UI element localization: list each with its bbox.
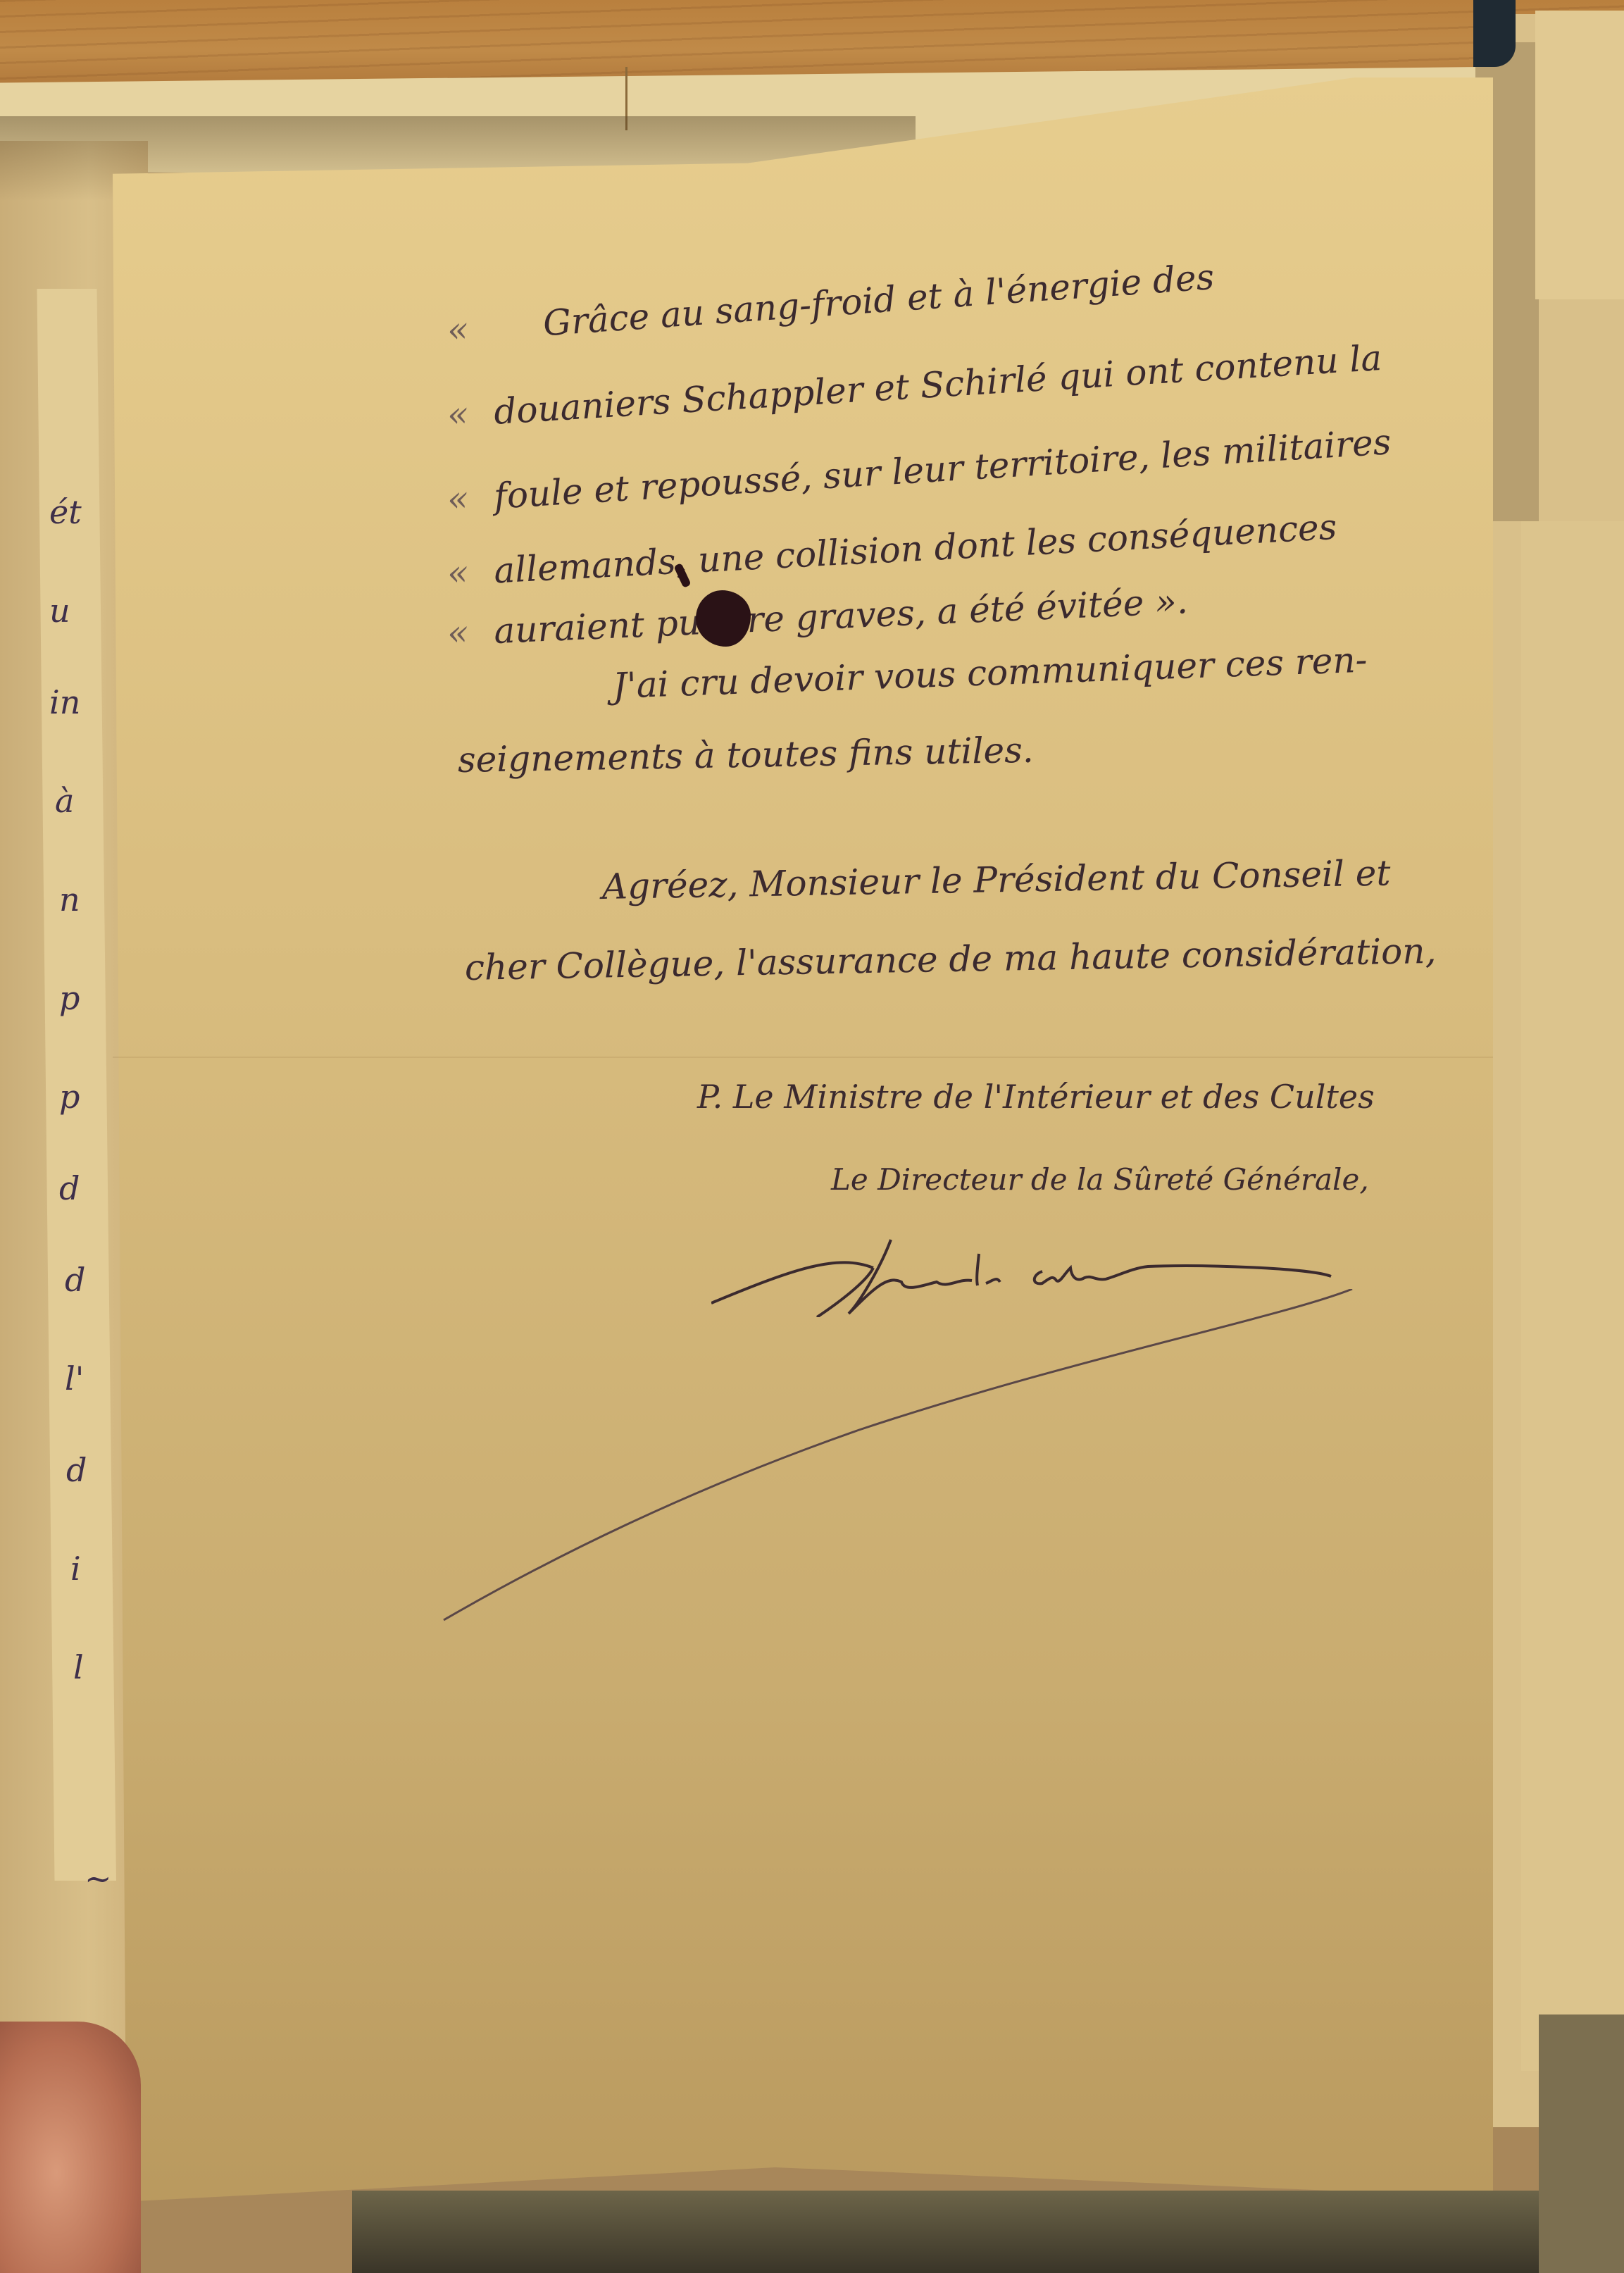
- dark-binder-clip: [1473, 0, 1516, 67]
- margin-fragment: ét: [49, 493, 82, 531]
- quote-mark: «: [446, 393, 470, 435]
- margin-fragment: p: [59, 1078, 80, 1116]
- ink-blot: [696, 590, 751, 647]
- holding-thumb: [0, 2022, 141, 2273]
- margin-fragment: à: [55, 782, 74, 820]
- quote-mark: «: [446, 552, 470, 594]
- margin-fragment: p: [59, 979, 80, 1017]
- margin-fragment: d: [59, 1169, 80, 1207]
- margin-fragment: n: [59, 880, 80, 918]
- margin-fragment: d: [66, 1451, 87, 1489]
- letter-fold-line: [113, 1057, 1493, 1058]
- quote-mark: «: [446, 478, 470, 520]
- right-lower-sheet: [1521, 521, 1624, 2071]
- signature-flourish: [437, 1289, 1373, 1627]
- signature-title-line-1: P. Le Ministre de l'Intérieur et des Cul…: [697, 1078, 1375, 1116]
- quote-mark: «: [446, 612, 470, 654]
- margin-fragment: i: [70, 1550, 81, 1588]
- margin-fragment: u: [49, 592, 70, 630]
- margin-fragment: l': [65, 1359, 84, 1397]
- margin-fragment: l: [73, 1648, 84, 1686]
- quote-mark: «: [446, 309, 470, 351]
- margin-fragment: in: [49, 683, 80, 721]
- desk-surface-bottom: [352, 2191, 1606, 2273]
- right-bottom-paper-edge: [1539, 2014, 1624, 2273]
- margin-fragment: d: [65, 1261, 85, 1299]
- signature-title-line-2: Le Directeur de la Sûreté Générale,: [831, 1162, 1369, 1197]
- margin-fragment: ~: [85, 1860, 112, 1898]
- right-top-sheet: [1535, 11, 1624, 299]
